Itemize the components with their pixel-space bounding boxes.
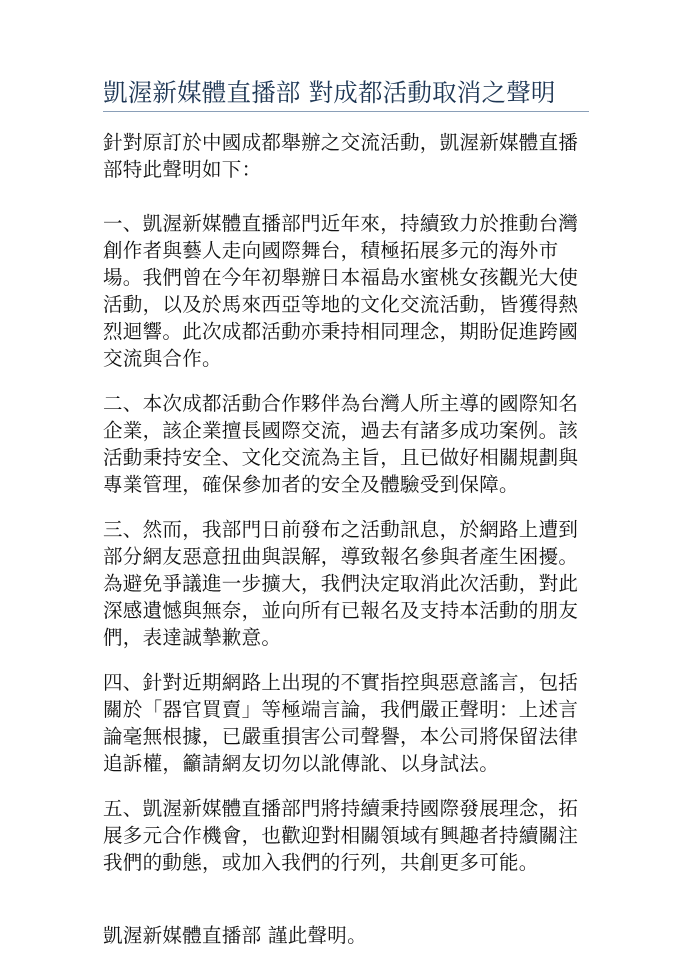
section-4-paragraph: 四、針對近期網路上出現的不實指控與惡意謠言，包括 關於「器官買賣」等極端言論，我…	[103, 669, 593, 777]
statement-document: 凱渥新媒體直播部 對成都活動取消之聲明 針對原訂於中國成都舉辦之交流活動，凱渥新…	[103, 78, 593, 949]
text-line: 追訴權，籲請網友切勿以訛傳訛、以身試法。	[103, 750, 593, 777]
text-line: 二、本次成都活動合作夥伴為台灣人所主導的國際知名	[103, 390, 593, 417]
text-line: 部特此聲明如下：	[103, 156, 593, 183]
text-line: 企業，該企業擅長國際交流，過去有諸多成功案例。該	[103, 417, 593, 444]
section-3-paragraph: 三、然而，我部門日前發布之活動訊息，於網路上遭到 部分網友惡意扭曲與誤解，導致報…	[103, 516, 593, 651]
section-1-paragraph: 一、凱渥新媒體直播部門近年來，持續致力於推動台灣 創作者與藝人走向國際舞台，積極…	[103, 210, 593, 372]
text-line: 四、針對近期網路上出現的不實指控與惡意謠言，包括	[103, 669, 593, 696]
text-line: 展多元合作機會，也歡迎對相關領域有興趣者持續關注	[103, 822, 593, 849]
text-line: 論毫無根據，已嚴重損害公司聲譽，本公司將保留法律	[103, 723, 593, 750]
text-line: 為避免爭議進一步擴大，我們決定取消此次活動，對此	[103, 570, 593, 597]
text-line: 部分網友惡意扭曲與誤解，導致報名參與者產生困擾。	[103, 543, 593, 570]
text-line: 針對原訂於中國成都舉辦之交流活動，凱渥新媒體直播	[103, 129, 593, 156]
text-line: 深感遺憾與無奈，並向所有已報名及支持本活動的朋友	[103, 597, 593, 624]
text-line: 專業管理，確保參加者的安全及體驗受到保障。	[103, 471, 593, 498]
text-line: 五、凱渥新媒體直播部門將持續秉持國際發展理念，拓	[103, 795, 593, 822]
text-line: 我們的動態，或加入我們的行列，共創更多可能。	[103, 849, 593, 876]
section-5-paragraph: 五、凱渥新媒體直播部門將持續秉持國際發展理念，拓 展多元合作機會，也歡迎對相關領…	[103, 795, 593, 876]
text-line: 烈迴響。此次成都活動亦秉持相同理念，期盼促進跨國	[103, 318, 593, 345]
text-line: 場。我們曾在今年初舉辦日本福島水蜜桃女孩觀光大使	[103, 264, 593, 291]
document-title: 凱渥新媒體直播部 對成都活動取消之聲明	[103, 78, 589, 112]
section-2-paragraph: 二、本次成都活動合作夥伴為台灣人所主導的國際知名 企業，該企業擅長國際交流，過去…	[103, 390, 593, 498]
text-line: 創作者與藝人走向國際舞台，積極拓展多元的海外市	[103, 237, 593, 264]
signature: 凱渥新媒體直播部 謹此聲明。	[103, 922, 593, 949]
text-line: 們，表達誠摯歉意。	[103, 624, 593, 651]
text-line: 活動秉持安全、文化交流為主旨，且已做好相關規劃與	[103, 444, 593, 471]
text-line: 三、然而，我部門日前發布之活動訊息，於網路上遭到	[103, 516, 593, 543]
text-line: 一、凱渥新媒體直播部門近年來，持續致力於推動台灣	[103, 210, 593, 237]
intro-paragraph: 針對原訂於中國成都舉辦之交流活動，凱渥新媒體直播 部特此聲明如下：	[103, 129, 593, 183]
text-line: 活動，以及於馬來西亞等地的文化交流活動，皆獲得熱	[103, 291, 593, 318]
text-line: 交流與合作。	[103, 345, 593, 372]
text-line: 關於「器官買賣」等極端言論，我們嚴正聲明：上述言	[103, 696, 593, 723]
